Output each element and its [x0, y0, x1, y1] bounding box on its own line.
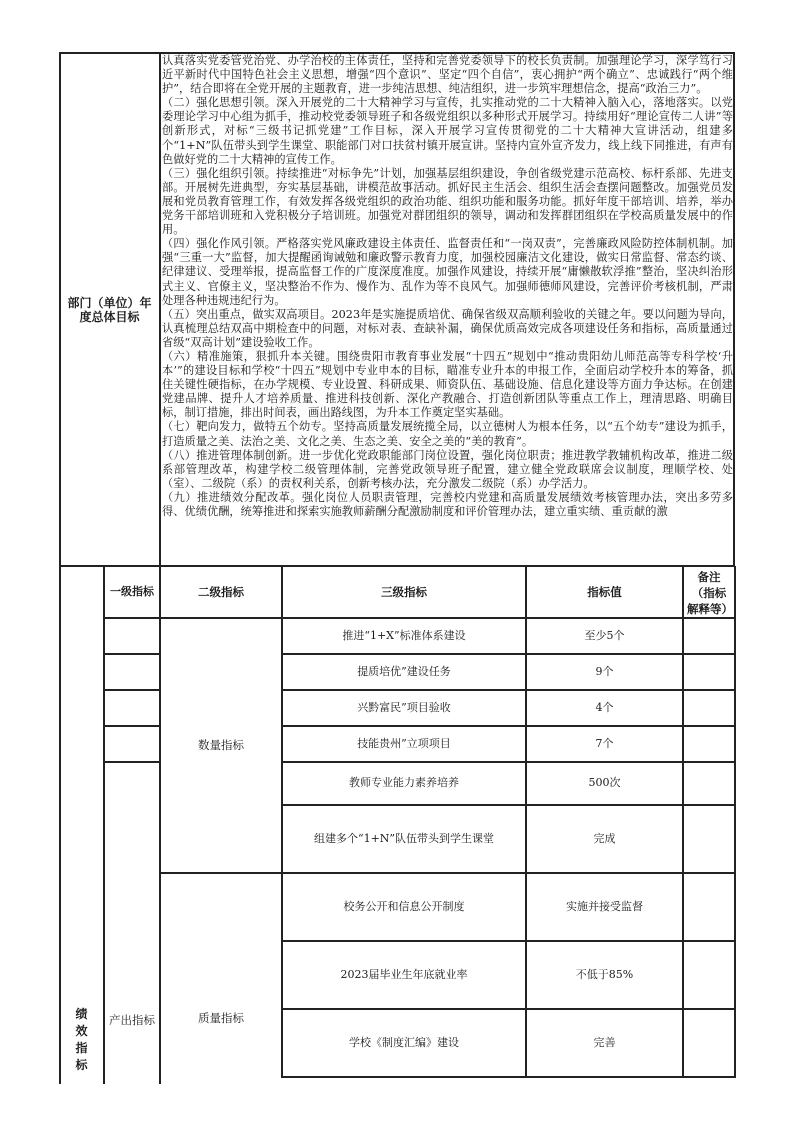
- remark-cell: [684, 805, 734, 872]
- level1-output-indicators: 产出指标: [104, 1000, 160, 1040]
- header-level3: 三级指标: [282, 567, 526, 617]
- remark-cell: [684, 873, 734, 940]
- remark-cell: [684, 690, 734, 725]
- performance-indicators-label-text: 绩效指标: [75, 1006, 89, 1074]
- remark-cell: [684, 1009, 734, 1076]
- value-cell: 至少5个: [526, 618, 683, 653]
- goal-paragraph: （九）推进绩效分配改革。强化岗位人员职责管理，完善校内党建和高质量发展绩效考核管…: [162, 491, 733, 519]
- header-level1: 一级指标: [104, 567, 160, 617]
- remark-cell: [684, 726, 734, 761]
- remark-cell: [684, 654, 734, 689]
- goal-paragraph: （六）精准施策，狠抓升本关键。围绕贵阳市教育事业发展“十四五”规划中“推动贵阳幼…: [162, 350, 733, 420]
- goal-section-text: 认真落实党委管党治党、办学治校的主体责任，坚持和完善党委领导下的校长负责制。加强…: [162, 54, 733, 565]
- divider: [103, 761, 161, 763]
- header-level2: 二级指标: [160, 567, 282, 617]
- goal-paragraph: （二）强化思想引领。深入开展党的二十大精神学习与宣传，扎实推动党的二十大精神入脑…: [162, 96, 733, 166]
- value-cell: 7个: [526, 726, 683, 761]
- level2-quality-indicators: 质量指标: [160, 873, 282, 1083]
- level3-cell: 2023届毕业生年底就业率: [282, 941, 526, 1008]
- performance-indicators-label: 绩效指标: [60, 1000, 103, 1080]
- remark-cell: [684, 618, 734, 653]
- level3-cell: 学校《制度汇编》建设: [282, 1009, 526, 1076]
- value-cell: 500次: [526, 762, 683, 804]
- divider: [103, 653, 161, 655]
- value-cell: 9个: [526, 654, 683, 689]
- goal-paragraph: 认真落实党委管党治党、办学治校的主体责任，坚持和完善党委领导下的校长负责制。加强…: [162, 54, 733, 96]
- level2-quantity-indicators: 数量指标: [160, 618, 282, 872]
- goal-paragraph: （八）推进管理体制创新。进一步优化党政职能部门岗位设置，强化岗位职责；推进教学教…: [162, 449, 733, 491]
- header-value: 指标值: [526, 567, 683, 617]
- header-remark: 备注（指标解释等）: [684, 567, 734, 617]
- level3-cell: 提质培优”建设任务: [282, 654, 526, 689]
- level3-cell: 组建多个“1+N”队伍带头到学生课堂: [282, 805, 526, 872]
- remark-cell: [684, 762, 734, 804]
- divider: [103, 689, 161, 691]
- level3-cell: 校务公开和信息公开制度: [282, 873, 526, 940]
- value-cell: 完成: [526, 805, 683, 872]
- goal-paragraph: （四）强化作风引领。严格落实党风廉政建设主体责任、监督责任和“一岗双责”，完善廉…: [162, 237, 733, 307]
- goal-paragraph: （七）靶向发力，做特五个幼专。坚持高质量发展统揽全局，以立德树人为根本任务，以“…: [162, 420, 733, 448]
- divider: [103, 725, 161, 727]
- value-cell: 实施并接受监督: [526, 873, 683, 940]
- divider: [281, 1076, 736, 1078]
- goal-paragraph: （三）强化组织引领。持续推进“对标争先”计划，加强基层组织建设，争创省级党建示范…: [162, 167, 733, 237]
- value-cell: 完善: [526, 1009, 683, 1076]
- goal-section-label: 部门（单位）年度总体目标: [60, 53, 159, 566]
- goal-paragraph: （五）突出重点，做实双高项目。2023年是实施提质培优、确保省级双高顺利验收的关…: [162, 308, 733, 350]
- level3-cell: 兴黔富民”项目验收: [282, 690, 526, 725]
- divider: [734, 566, 736, 1077]
- value-cell: 4个: [526, 690, 683, 725]
- remark-cell: [684, 941, 734, 1008]
- level3-cell: 技能贵州”立项项目: [282, 726, 526, 761]
- level3-cell: 教师专业能力素养培养: [282, 762, 526, 804]
- level3-cell: 推进“1+X”标准体系建设: [282, 618, 526, 653]
- divider: [159, 52, 161, 567]
- value-cell: 不低于85%: [526, 941, 683, 1008]
